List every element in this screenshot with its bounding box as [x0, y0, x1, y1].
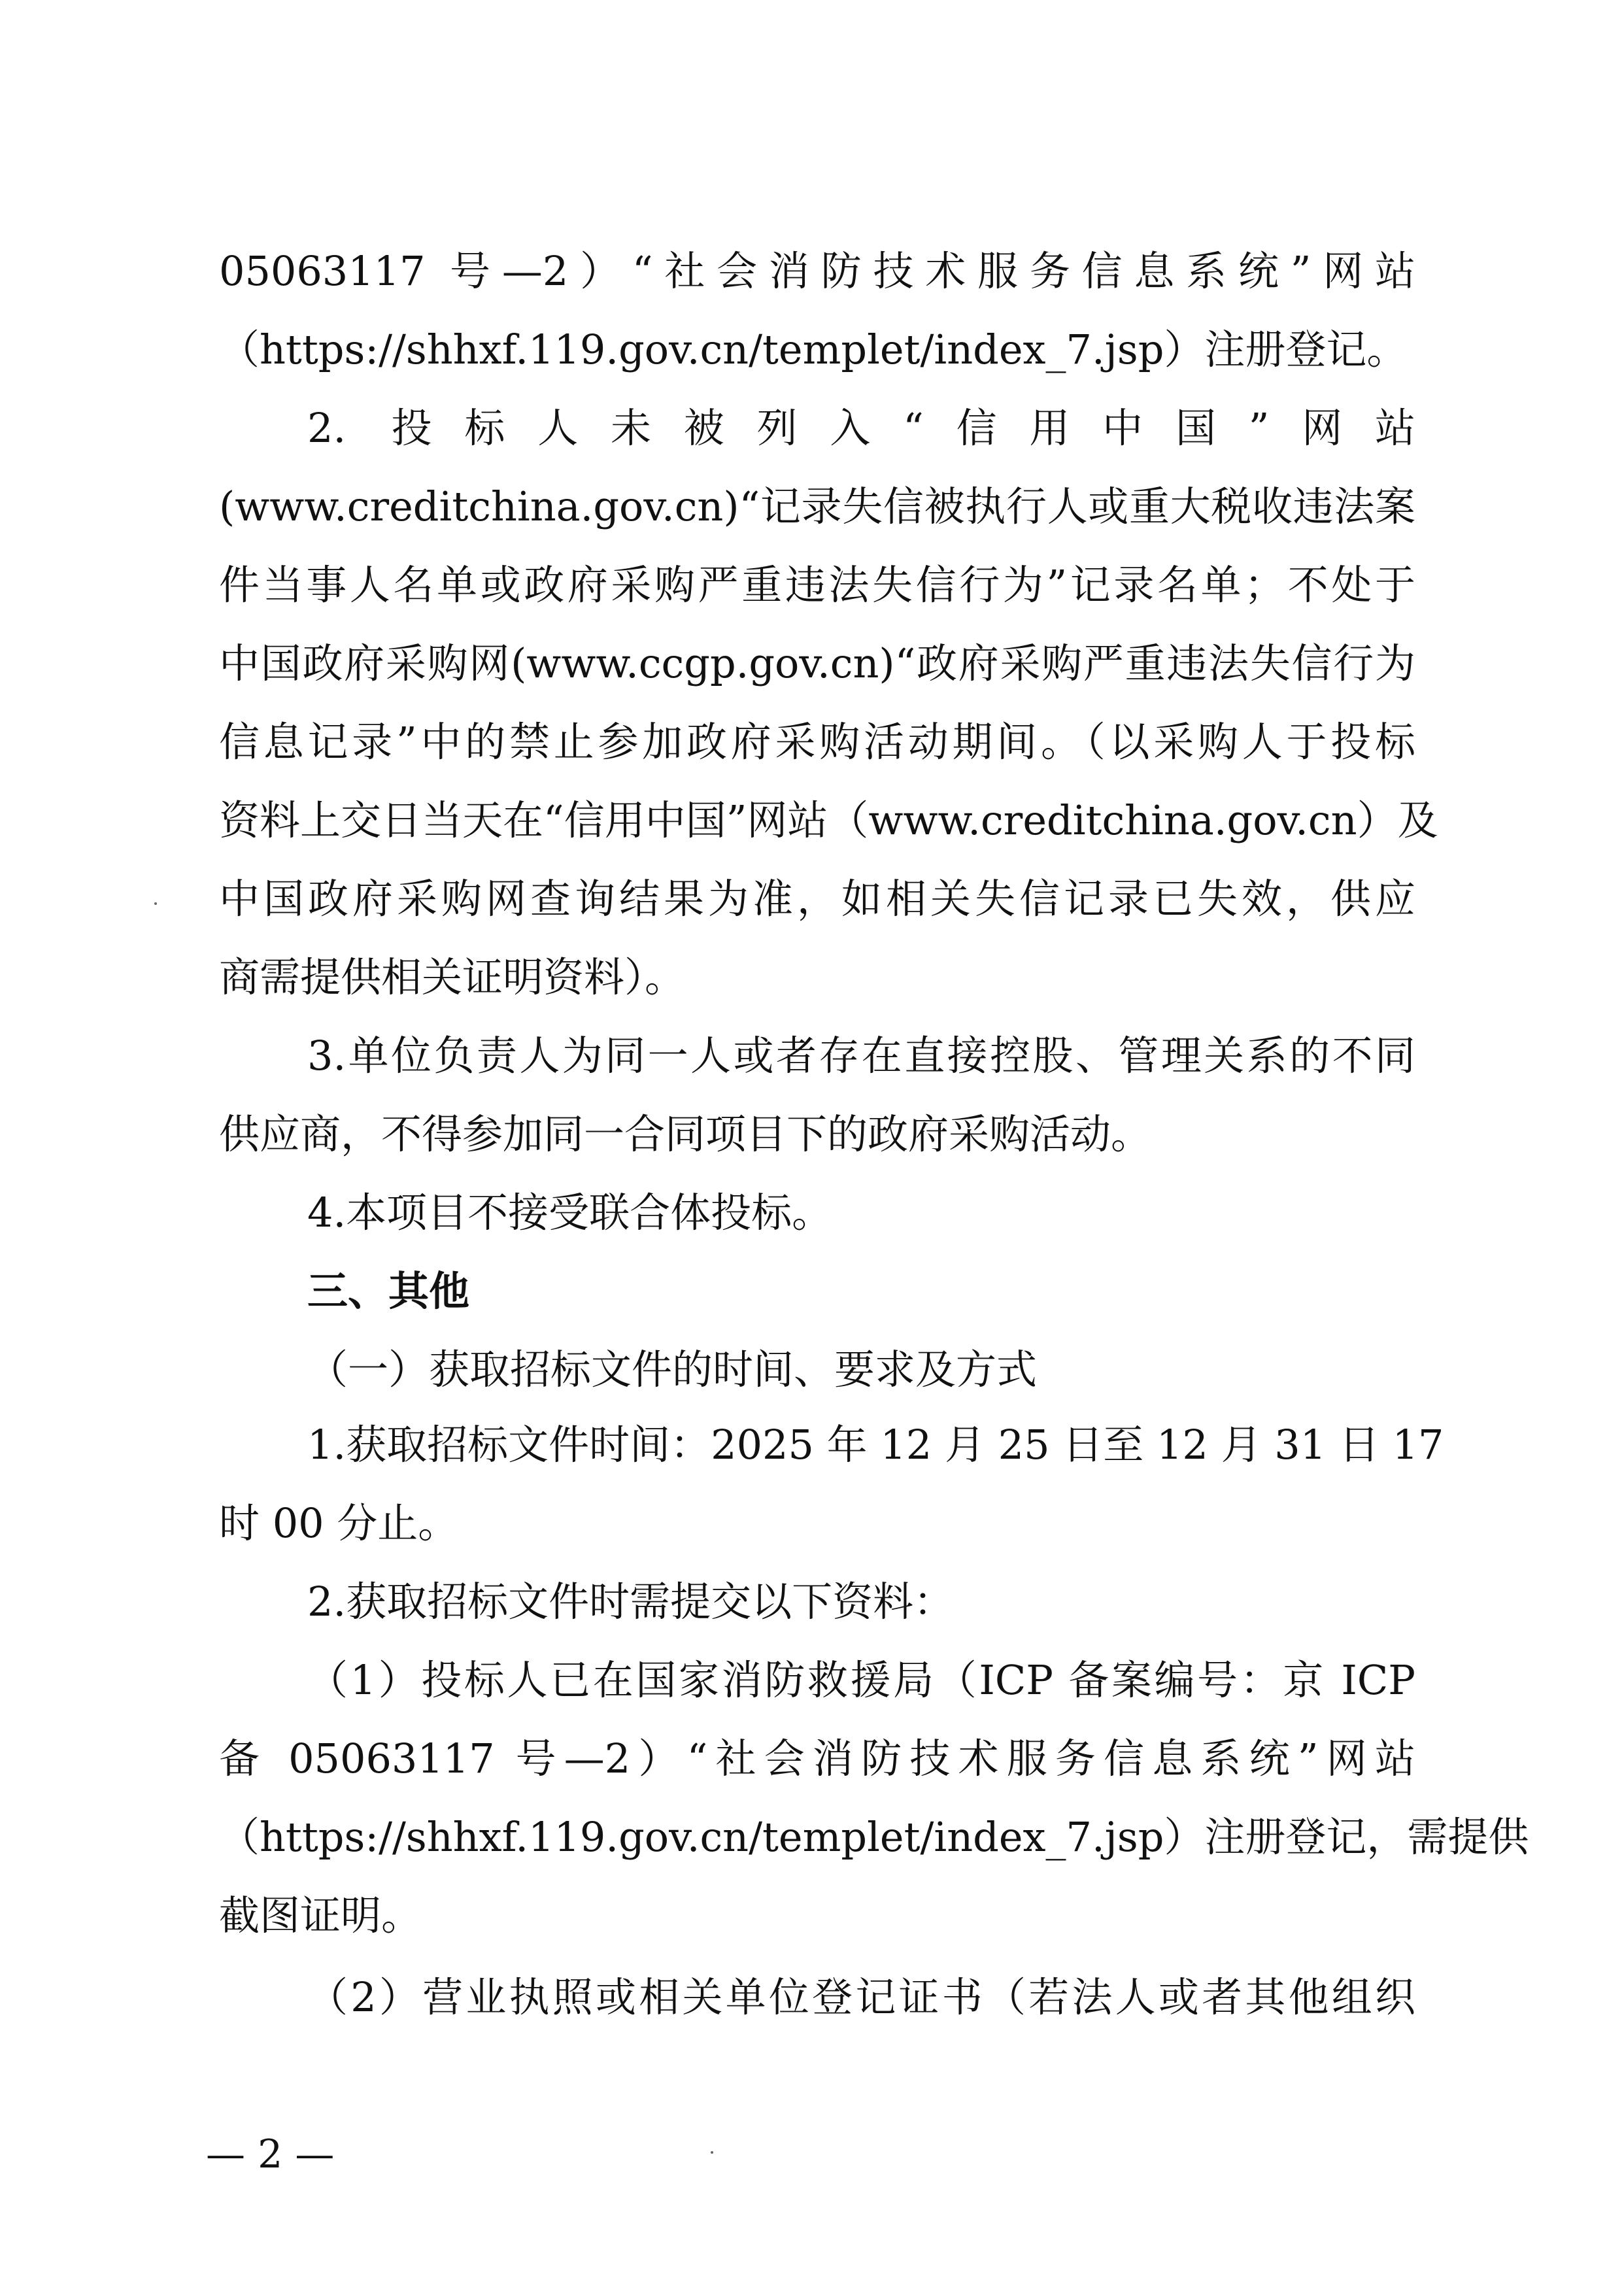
paragraph-line: (www.creditchina.gov.cn)“记录失信被执行人或重大税收违法… [219, 467, 1415, 546]
paragraph-line: 件当事人名单或政府采购严重违法失信行为”记录名单；不处于 [219, 546, 1415, 624]
page-number: — 2 — [206, 2122, 334, 2187]
paragraph-line: 3.单位负责人为同一人或者存在直接控股、管理关系的不同 [307, 1017, 1415, 1095]
section-heading: 三、其他 [307, 1252, 1415, 1331]
paragraph-line: 2. 投标人未被列入“信用中国”网站 [307, 389, 1415, 467]
paragraph-line: 4.本项目不接受联合体投标。 [307, 1174, 1415, 1252]
paragraph-line: 中国政府采购网(www.ccgp.gov.cn)“政府采购严重违法失信行为 [219, 624, 1415, 703]
paragraph-line: 供应商，不得参加同一合同项目下的政府采购活动。 [219, 1095, 1415, 1174]
paragraph-line: 05063117 号—2）“社会消防技术服务信息系统”网站 [219, 232, 1415, 311]
paragraph-line: 中国政府采购网查询结果为准，如相关失信记录已失效，供应 [219, 860, 1415, 938]
paragraph-line: 信息记录”中的禁止参加政府采购活动期间。（以采购人于投标 [219, 703, 1415, 781]
scan-speck [711, 2151, 713, 2154]
paragraph-line: 2.获取招标文件时需提交以下资料： [307, 1563, 1415, 1641]
paragraph-line: 备 05063117 号—2）“社会消防技术服务信息系统”网站 [219, 1720, 1415, 1798]
paragraph-line: （1）投标人已在国家消防救援局（ICP 备案编号：京 ICP [307, 1641, 1415, 1720]
paragraph-line: 资料上交日当天在“信用中国”网站（www.creditchina.gov.cn）… [219, 781, 1415, 860]
paragraph-line: 商需提供相关证明资料）。 [219, 938, 1415, 1017]
paragraph-line: （2）营业执照或相关单位登记证书（若法人或者其他组织 [307, 1958, 1415, 2037]
paragraph-line: （https://shhxf.119.gov.cn/templet/index_… [219, 1798, 1415, 1877]
paragraph-line: 1.获取招标文件时间：2025 年 12 月 25 日至 12 月 31 日 1… [307, 1406, 1415, 1484]
paragraph-line: （https://shhxf.119.gov.cn/templet/index_… [219, 311, 1415, 389]
document-page: 05063117 号—2）“社会消防技术服务信息系统”网站 （https://s… [0, 0, 1624, 2293]
paragraph-line: 时 00 分止。 [219, 1484, 1415, 1563]
subsection-heading: （一）获取招标文件的时间、要求及方式 [307, 1331, 1415, 1409]
paragraph-line: 截图证明。 [219, 1877, 1415, 1955]
scan-speck [154, 902, 157, 905]
